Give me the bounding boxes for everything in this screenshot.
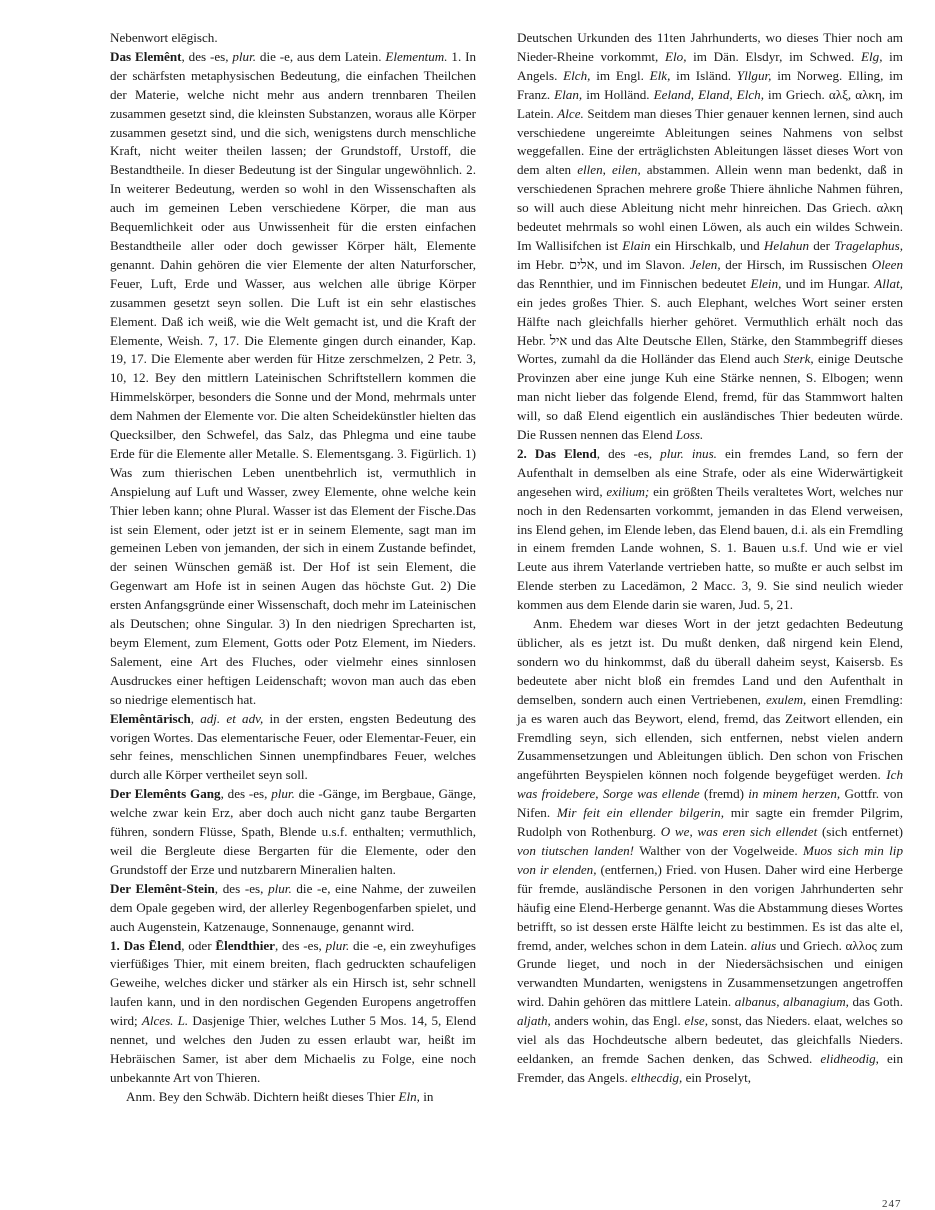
italic-term: Sterk, <box>783 351 813 366</box>
entry-text: ein größten Theils veraltetes Wort, welc… <box>517 484 903 612</box>
entry-text: der <box>809 238 834 253</box>
entry-text: der Hirsch, im Russischen <box>721 257 872 272</box>
entry-text: , des -es, <box>275 938 326 953</box>
dictionary-entry: Anm. Ehedem war dieses Wort in der jetzt… <box>517 615 903 1088</box>
italic-term: Eeland, Eland, Elch, <box>654 87 764 102</box>
entry-text: Walther von der Vogelweide. <box>634 843 803 858</box>
entry-text: , des -es, <box>597 446 660 461</box>
italic-term: Elan, <box>554 87 582 102</box>
headword: Das Elemênt <box>110 49 182 64</box>
italic-term: albanus, albanagium, <box>735 994 849 1009</box>
entry-text: anders wohin, das Engl. <box>551 1013 685 1028</box>
italic-term: exulem, <box>766 692 806 707</box>
dictionary-page: Nebenwort elēgisch.Das Elemênt, des -es,… <box>0 0 935 1210</box>
entry-text: im Isländ. <box>670 68 736 83</box>
italic-term: aljath, <box>517 1013 551 1028</box>
entry-text: ein Proselyt, <box>682 1070 751 1085</box>
italic-term: Jelen, <box>690 257 721 272</box>
italic-term: Allat, <box>874 276 903 291</box>
italic-term: plur. <box>326 938 350 953</box>
italic-term: Elementum. <box>385 49 447 64</box>
italic-term: plur. <box>232 49 256 64</box>
italic-term: Elch, <box>563 68 590 83</box>
italic-term: plur. inus. <box>660 446 717 461</box>
italic-term: elthecdig, <box>631 1070 682 1085</box>
dictionary-entry: 1. Das Ēlend, oder Ēlendthier, des -es, … <box>110 937 476 1088</box>
italic-term: plur. <box>268 881 292 896</box>
headword: Der Elemênt-Stein <box>110 881 215 896</box>
italic-term: Helahun <box>764 238 809 253</box>
dictionary-entry: Der Elemênt-Stein, des -es, plur. die -e… <box>110 880 476 937</box>
entry-text: , <box>191 711 200 726</box>
entry-text: im Hebr. אלים, und im Slavon. <box>517 257 690 272</box>
italic-term: Alce. <box>557 106 584 121</box>
italic-term: Alces. L. <box>142 1013 188 1028</box>
dictionary-entry: Elemêntārisch, adj. et adv, in der erste… <box>110 710 476 786</box>
headword: Ēlendthier <box>215 938 275 953</box>
italic-term: Oleen <box>872 257 903 272</box>
italic-term: Loss. <box>676 427 703 442</box>
headword: 1. Das Ēlend <box>110 938 181 953</box>
italic-term: O we, was eren sich ellendet <box>661 824 818 839</box>
entry-text: 1. In der schärfsten metaphysischen Bede… <box>110 49 476 707</box>
entry-text: (sich entfernet) <box>817 824 903 839</box>
italic-term: plur. <box>271 786 295 801</box>
italic-term: exilium; <box>606 484 649 499</box>
entry-text: , oder <box>181 938 215 953</box>
right-column: Deutschen Urkunden des 11ten Jahrhundert… <box>517 29 903 1088</box>
italic-term: Yllgur, <box>737 68 772 83</box>
dictionary-entry: Der Elemênts Gang, des -es, plur. die -G… <box>110 785 476 880</box>
italic-term: Elo, <box>665 49 686 64</box>
entry-text: im Dän. Elsdyr, im Schwed. <box>686 49 861 64</box>
headword: Elemêntārisch <box>110 711 191 726</box>
italic-term: Eln, <box>398 1089 419 1104</box>
entry-text: Anm. Bey den Schwäb. Dichtern heißt dies… <box>126 1089 398 1104</box>
italic-term: von tiutschen landen! <box>517 843 634 858</box>
entry-text: (fremd) <box>700 786 749 801</box>
left-column: Nebenwort elēgisch.Das Elemênt, des -es,… <box>110 29 476 1107</box>
italic-term: Elein, <box>750 276 781 291</box>
entry-text: in <box>420 1089 433 1104</box>
entry-text: im Engl. <box>590 68 649 83</box>
italic-term: Tragelaphus, <box>834 238 903 253</box>
italic-term: in minem herzen, <box>748 786 840 801</box>
italic-term: adj. et adv, <box>200 711 263 726</box>
entry-text: das Rennthier, und im Finnischen bedeute… <box>517 276 750 291</box>
dictionary-entry: Deutschen Urkunden des 11ten Jahrhundert… <box>517 29 903 445</box>
italic-term: ellen, eilen, <box>577 162 641 177</box>
italic-term: Elg, <box>861 49 882 64</box>
italic-term: elidheodig, <box>820 1051 879 1066</box>
dictionary-entry: Nebenwort elēgisch. <box>110 29 476 48</box>
entry-text: ein Hirschkalb, und <box>651 238 764 253</box>
headword: Der Elemênts Gang <box>110 786 221 801</box>
dictionary-entry: Anm. Bey den Schwäb. Dichtern heißt dies… <box>110 1088 476 1107</box>
entry-text: die -e, aus dem Latein. <box>256 49 385 64</box>
entry-text: , des -es, <box>182 49 233 64</box>
headword: 2. Das Elend <box>517 446 597 461</box>
italic-term: alius <box>751 938 776 953</box>
italic-term: Elain <box>622 238 650 253</box>
dictionary-entry: 2. Das Elend, des -es, plur. inus. ein f… <box>517 445 903 615</box>
italic-term: else, <box>684 1013 708 1028</box>
entry-text: im Holländ. <box>582 87 653 102</box>
dictionary-entry: Das Elemênt, des -es, plur. die -e, aus … <box>110 48 476 710</box>
entry-text: , des -es, <box>221 786 272 801</box>
italic-term: Elk, <box>650 68 671 83</box>
italic-term: Mir feit ein ellender bilgerin, <box>557 805 724 820</box>
page-number: 247 <box>882 1198 902 1210</box>
entry-text: das Goth. <box>849 994 903 1009</box>
entry-text: und im Hungar. <box>781 276 874 291</box>
entry-text: , des -es, <box>215 881 268 896</box>
entry-text: Nebenwort elēgisch. <box>110 30 218 45</box>
